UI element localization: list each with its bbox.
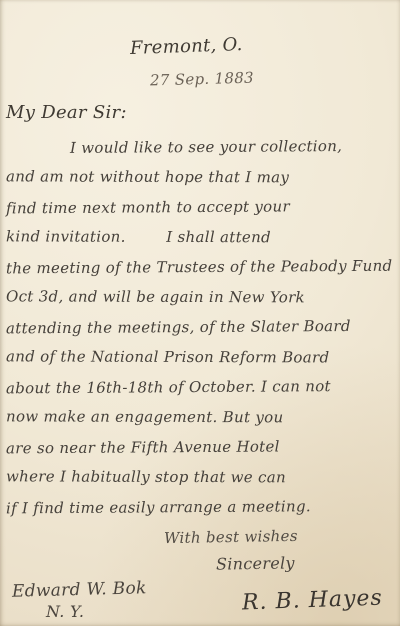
letter-addressee-name: Edward W. Bok [12, 580, 147, 601]
letter-place-line: Fremont, O. [130, 36, 243, 58]
letter-body-line: are so near the Fifth Avenue Hotel [6, 437, 396, 470]
letter-closing-wishes: With best wishes [164, 529, 298, 546]
letter-body-line: find time next month to accept your [6, 197, 396, 230]
letter-body-line: and of the National Prison Reform Board [6, 347, 396, 378]
letter-salutation: My Dear Sir: [6, 104, 127, 122]
letter-body-line: if I find time easily arrange a meeting. [6, 497, 396, 530]
letter-date-line: 27 Sep. 1883 [150, 71, 254, 89]
letter-page: Fremont, O. 27 Sep. 1883 My Dear Sir: I … [0, 0, 400, 626]
letter-body-line: and am not without hope that I may [6, 167, 396, 198]
letter-body-line: I would like to see your collection, [6, 137, 396, 170]
letter-body-line: Oct 3d, and will be again in New York [6, 287, 396, 318]
letter-body-line: attending the meetings, of the Slater Bo… [6, 317, 396, 350]
letter-closing-sincerely: Sincerely [216, 555, 295, 572]
letter-body-line: now make an engagement. But you [6, 407, 396, 438]
letter-addressee-place: N. Y. [46, 604, 84, 620]
letter-body: I would like to see your collection, and… [6, 138, 396, 528]
letter-signature: R. B. Hayes [242, 588, 383, 615]
letter-body-line: kind invitation. I shall attend [6, 227, 396, 258]
letter-body-line: the meeting of the Trustees of the Peabo… [6, 257, 396, 290]
letter-body-line: where I habitually stop that we can [6, 467, 396, 498]
letter-body-line: about the 16th-18th of October. I can no… [6, 377, 396, 410]
